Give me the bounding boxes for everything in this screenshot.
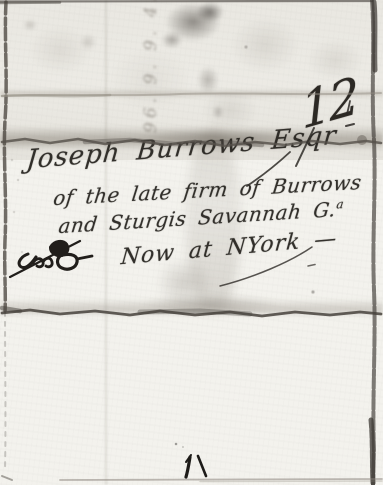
scanned-letter-screenshot: 96. 9. 9. 4. f 12 Joseph Burrows Esqr of… xyxy=(0,0,383,485)
bleed-through-docket-text: 96. 9. 9. 4. f xyxy=(141,3,169,133)
address-line-3-superscript: a xyxy=(336,197,345,212)
vertical-fold-crease xyxy=(105,0,107,485)
